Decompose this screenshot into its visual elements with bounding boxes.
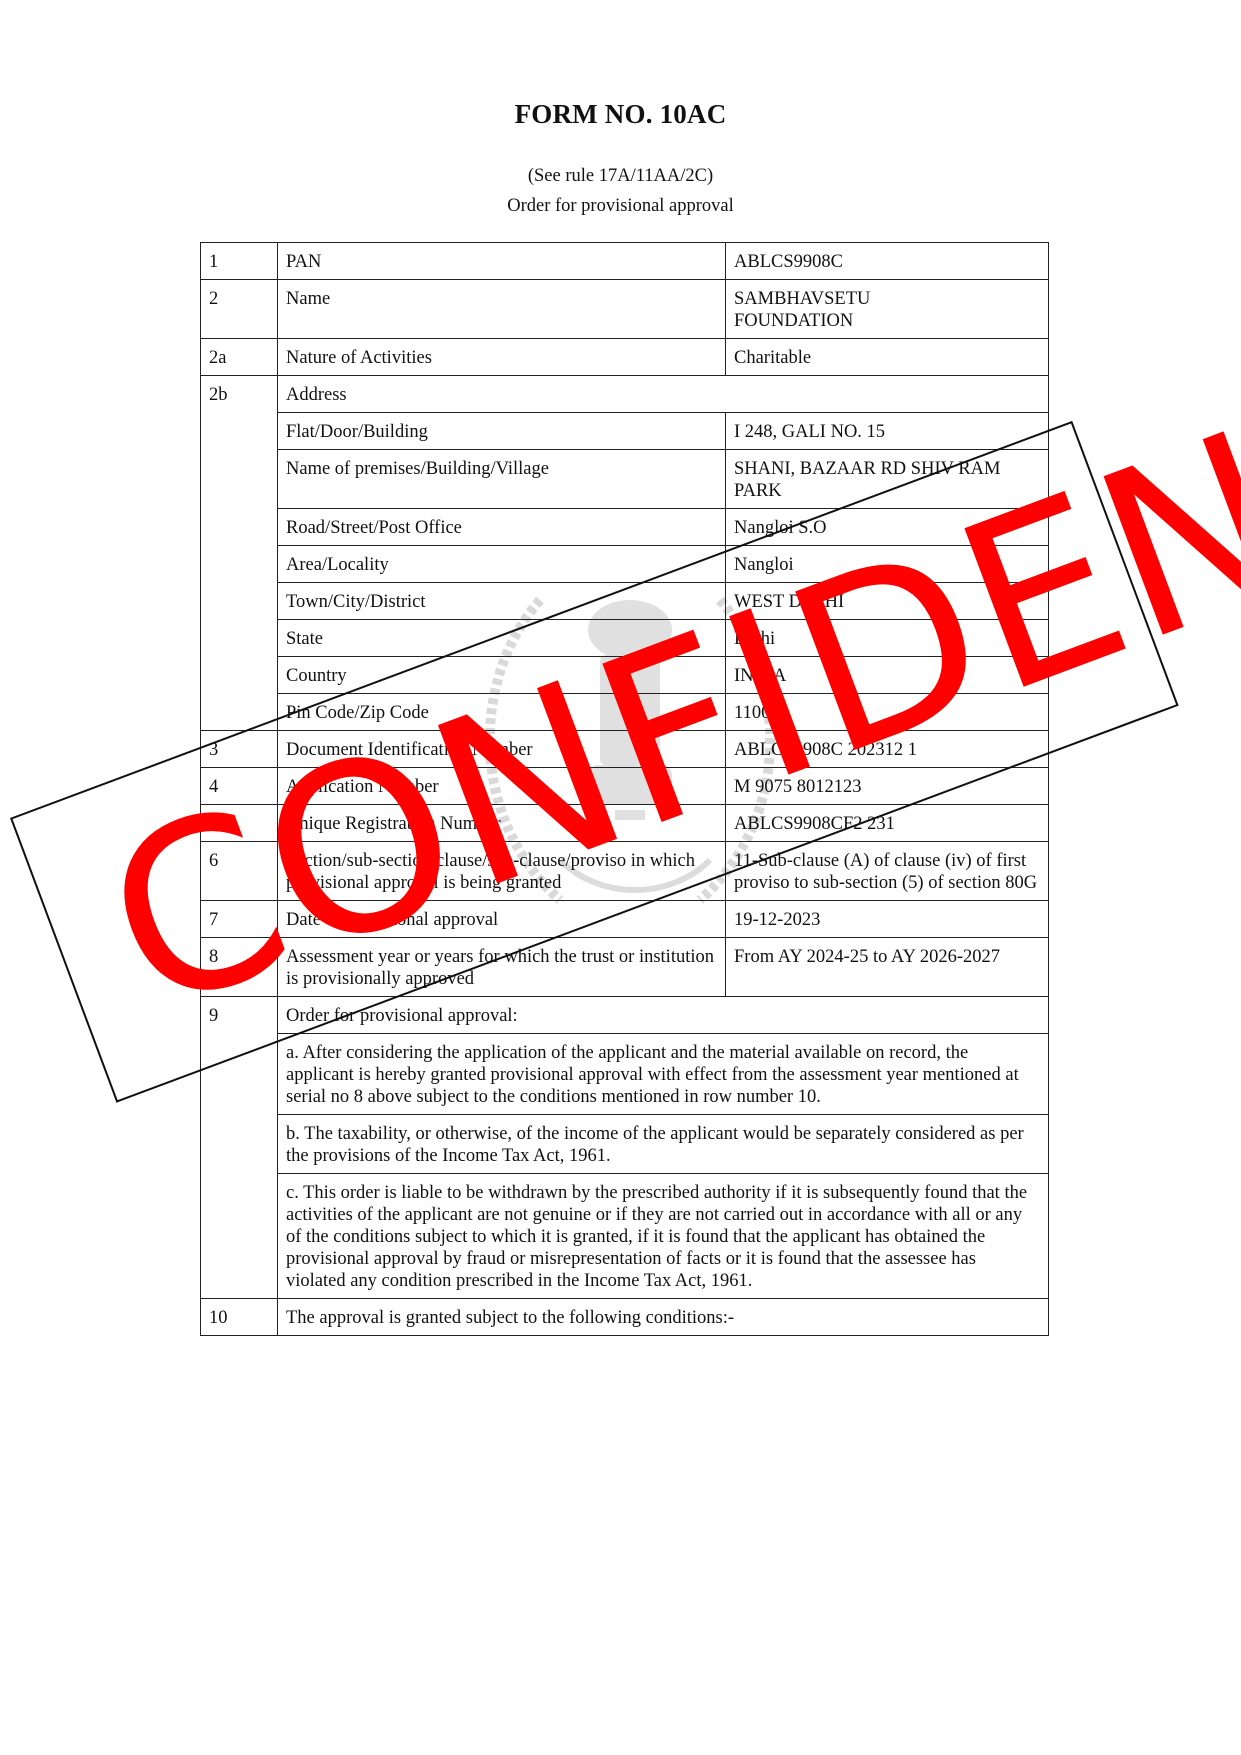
row-label: Assessment year or years for which the t… <box>278 938 726 997</box>
address-label: Pin Code/Zip Code <box>278 694 726 731</box>
address-row: Pin Code/Zip Code 110041 <box>201 694 1049 731</box>
order-paragraph-a: a. After considering the application of … <box>278 1034 1049 1115</box>
row-number: 3 <box>201 731 278 768</box>
row-number: 2b <box>201 376 278 731</box>
table-row: 8 Assessment year or years for which the… <box>201 938 1049 997</box>
address-row: Area/Locality Nangloi <box>201 546 1049 583</box>
section-value: 11-Sub-clause (A) of clause (iv) of firs… <box>726 842 1049 901</box>
address-row: Country INDIA <box>201 657 1049 694</box>
order-paragraph-row: a. After considering the application of … <box>201 1034 1049 1115</box>
address-label: Country <box>278 657 726 694</box>
provisional-approval-table: 1 PAN ABLCS9908C 2 Name SAMBHAVSETU FOUN… <box>200 242 1049 1336</box>
urn-value: ABLCS9908CF2 231 <box>726 805 1049 842</box>
address-value: WEST DELHI <box>726 583 1049 620</box>
order-paragraph-c: c. This order is liable to be withdrawn … <box>278 1174 1049 1299</box>
order-paragraph-row: b. The taxability, or otherwise, of the … <box>201 1115 1049 1174</box>
pan-value: ABLCS9908C <box>726 243 1049 280</box>
table-row: 3 Document Identification Number ABLCS99… <box>201 731 1049 768</box>
address-label: Area/Locality <box>278 546 726 583</box>
address-label: Road/Street/Post Office <box>278 509 726 546</box>
address-value: Nangloi <box>726 546 1049 583</box>
row-number: 7 <box>201 901 278 938</box>
table-row: 10 The approval is granted subject to th… <box>201 1299 1049 1336</box>
address-value: INDIA <box>726 657 1049 694</box>
row-label: Document Identification Number <box>278 731 726 768</box>
application-value: M 9075 8012123 <box>726 768 1049 805</box>
row-number: 1 <box>201 243 278 280</box>
row-number: 10 <box>201 1299 278 1336</box>
table-row: 4 Application Number M 9075 8012123 <box>201 768 1049 805</box>
name-value: SAMBHAVSETU FOUNDATION <box>726 280 1049 339</box>
address-label: Name of premises/Building/Village <box>278 450 726 509</box>
row-label: PAN <box>278 243 726 280</box>
row-number: 8 <box>201 938 278 997</box>
conditions-heading: The approval is granted subject to the f… <box>278 1299 1049 1336</box>
table-row: 1 PAN ABLCS9908C <box>201 243 1049 280</box>
address-label: State <box>278 620 726 657</box>
table-row: 6 Section/sub-section/clause/sub-clause/… <box>201 842 1049 901</box>
row-label: Unique Registration Number <box>278 805 726 842</box>
address-row: Town/City/District WEST DELHI <box>201 583 1049 620</box>
table-row: 9 Order for provisional approval: <box>201 997 1049 1034</box>
address-label: Flat/Door/Building <box>278 413 726 450</box>
table-row: 2b Address <box>201 376 1049 413</box>
address-row: Road/Street/Post Office Nangloi S.O <box>201 509 1049 546</box>
order-heading: Order for provisional approval: <box>278 997 1049 1034</box>
row-label: Section/sub-section/clause/sub-clause/pr… <box>278 842 726 901</box>
form-title: FORM NO. 10AC <box>0 99 1241 130</box>
table-row: 2 Name SAMBHAVSETU FOUNDATION <box>201 280 1049 339</box>
row-number: 2 <box>201 280 278 339</box>
address-value: I 248, GALI NO. 15 <box>726 413 1049 450</box>
address-value: Nangloi S.O <box>726 509 1049 546</box>
address-label: Town/City/District <box>278 583 726 620</box>
approval-date-value: 19-12-2023 <box>726 901 1049 938</box>
address-value: SHANI, BAZAAR RD SHIV RAM PARK <box>726 450 1049 509</box>
nature-value: Charitable <box>726 339 1049 376</box>
row-label: Date of provisional approval <box>278 901 726 938</box>
address-value: 110041 <box>726 694 1049 731</box>
row-number: 2a <box>201 339 278 376</box>
table-row: 2a Nature of Activities Charitable <box>201 339 1049 376</box>
address-row: Name of premises/Building/Village SHANI,… <box>201 450 1049 509</box>
table-row: 7 Date of provisional approval 19-12-202… <box>201 901 1049 938</box>
address-row: State Delhi <box>201 620 1049 657</box>
assessment-years-value: From AY 2024-25 to AY 2026-2027 <box>726 938 1049 997</box>
address-heading: Address <box>278 376 1049 413</box>
row-label: Name <box>278 280 726 339</box>
row-label: Nature of Activities <box>278 339 726 376</box>
row-number: 6 <box>201 842 278 901</box>
row-label: Application Number <box>278 768 726 805</box>
form-subtitle: Order for provisional approval <box>0 196 1241 217</box>
order-paragraph-row: c. This order is liable to be withdrawn … <box>201 1174 1049 1299</box>
table-row: 5 Unique Registration Number ABLCS9908CF… <box>201 805 1049 842</box>
rule-reference: (See rule 17A/11AA/2C) <box>0 166 1241 187</box>
din-value: ABLCS9908C 202312 1 <box>726 731 1049 768</box>
order-paragraph-b: b. The taxability, or otherwise, of the … <box>278 1115 1049 1174</box>
row-number: 5 <box>201 805 278 842</box>
row-number: 4 <box>201 768 278 805</box>
address-value: Delhi <box>726 620 1049 657</box>
row-number: 9 <box>201 997 278 1299</box>
address-row: Flat/Door/Building I 248, GALI NO. 15 <box>201 413 1049 450</box>
